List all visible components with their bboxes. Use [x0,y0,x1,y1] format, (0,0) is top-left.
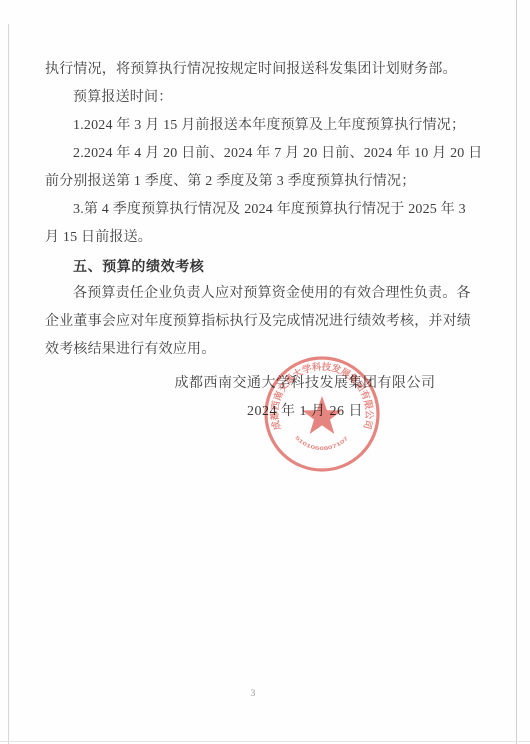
body-line-7: 月 15 日前报送。 [45,224,487,252]
signature-block: 成都西南交通大学科技发展集团有限公司 2024 年 1 月 26 日 [80,370,530,426]
body-line-4: 2.2024 年 4 月 20 日前、2024 年 7 月 20 日前、2024… [45,140,487,168]
company-signature: 成都西南交通大学科技发展集团有限公司 [80,370,530,398]
page-number: 3 [243,688,263,698]
body-line-9: 各预算责任企业负责人应对预算资金使用的有效合理性负责。各 [45,280,487,308]
section-heading: 五、预算的绩效考核 [45,252,487,280]
signature-date: 2024 年 1 月 26 日 [80,398,530,426]
body-line-1: 执行情况，将预算执行情况按规定时间报送科发集团计划财务部。 [45,56,487,84]
body-line-6: 3.第 4 季度预算执行情况及 2024 年度预算执行情况于 2025 年 3 [45,196,487,224]
body-line-5: 前分别报送第 1 季度、第 2 季度及第 3 季度预算执行情况； [45,168,487,196]
body-line-10: 企业董事会应对年度预算指标执行及完成情况进行绩效考核，并对绩 [45,308,487,336]
body-line-3: 1.2024 年 3 月 15 月前报送本年度预算及上年度预算执行情况； [45,112,487,140]
scan-edge-left [8,24,9,744]
document-page: 执行情况，将预算执行情况按规定时间报送科发集团计划财务部。 预算报送时间： 1.… [0,0,530,744]
body-line-2: 预算报送时间： [45,84,487,112]
body-line-11: 效考核结果进行有效应用。 [45,336,487,364]
document-body: 执行情况，将预算执行情况按规定时间报送科发集团计划财务部。 预算报送时间： 1.… [45,56,487,364]
scan-edge-bottom [0,741,530,742]
seal-code: 5101060807107 [293,435,350,452]
